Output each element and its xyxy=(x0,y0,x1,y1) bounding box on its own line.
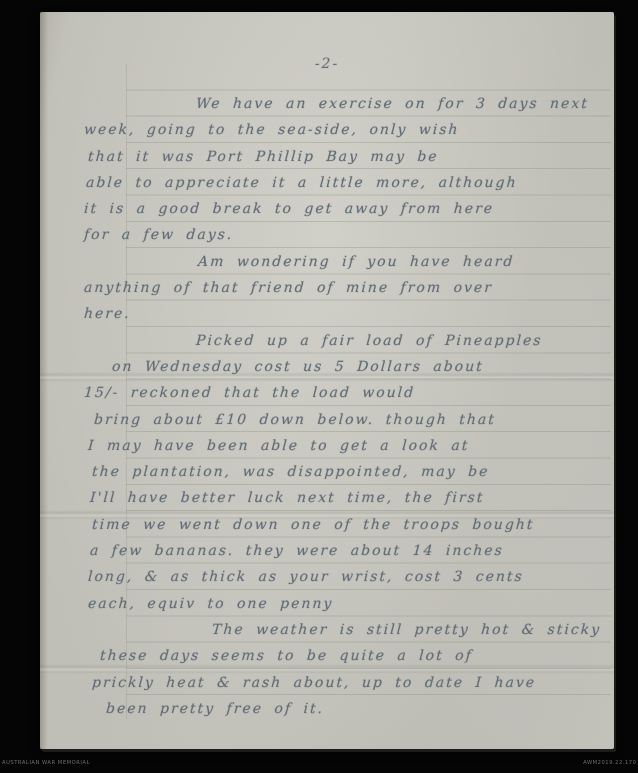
handwritten-line: a few bananas. they were about 14 inches xyxy=(83,538,617,564)
page-number: -2- xyxy=(40,56,614,72)
handwritten-line: on Wednesday cost us 5 Dollars about xyxy=(83,354,617,380)
handwritten-line: for a few days. xyxy=(83,222,617,248)
handwritten-line: prickly heat & rash about, up to date I … xyxy=(83,670,617,696)
handwritten-line: the plantation, was disappointed, may be xyxy=(83,459,617,485)
handwritten-line: anything of that friend of mine from ove… xyxy=(83,275,617,301)
scan-background: -2- We have an exercise on for 3 days ne… xyxy=(0,0,638,773)
handwritten-line: long, & as thick as your wrist, cost 3 c… xyxy=(83,564,617,590)
handwritten-line: been pretty free of it. xyxy=(83,696,617,722)
handwritten-line: I may have been able to get a look at xyxy=(83,433,617,459)
handwritten-line: these days seems to be quite a lot of xyxy=(83,643,617,669)
handwritten-line: here. xyxy=(83,301,617,327)
handwritten-line: able to appreciate it a little more, alt… xyxy=(83,170,617,196)
handwritten-line: bring about £10 down below. though that xyxy=(83,407,617,433)
reference-number: AWM2019.22.170 xyxy=(583,760,636,766)
handwritten-line: 15/- reckoned that the load would xyxy=(83,380,617,406)
archive-watermark: AUSTRALIAN WAR MEMORIAL xyxy=(2,760,90,766)
handwritten-line: We have an exercise on for 3 days next xyxy=(83,91,617,117)
handwritten-line: Am wondering if you have heard xyxy=(83,249,617,275)
handwritten-line: Picked up a fair load of Pineapples xyxy=(83,328,617,354)
handwritten-line: that it was Port Phillip Bay may be xyxy=(83,144,617,170)
letter-page: -2- We have an exercise on for 3 days ne… xyxy=(40,12,614,749)
handwritten-text-block: We have an exercise on for 3 days nextwe… xyxy=(84,91,616,722)
handwritten-line: I'll have better luck next time, the fir… xyxy=(83,485,617,511)
handwritten-line: The weather is still pretty hot & sticky xyxy=(83,617,617,643)
handwritten-line: each, equiv to one penny xyxy=(83,591,617,617)
handwritten-line: it is a good break to get away from here xyxy=(83,196,617,222)
handwritten-line: time we went down one of the troops boug… xyxy=(83,512,617,538)
handwritten-line: week, going to the sea-side, only wish xyxy=(83,117,617,143)
